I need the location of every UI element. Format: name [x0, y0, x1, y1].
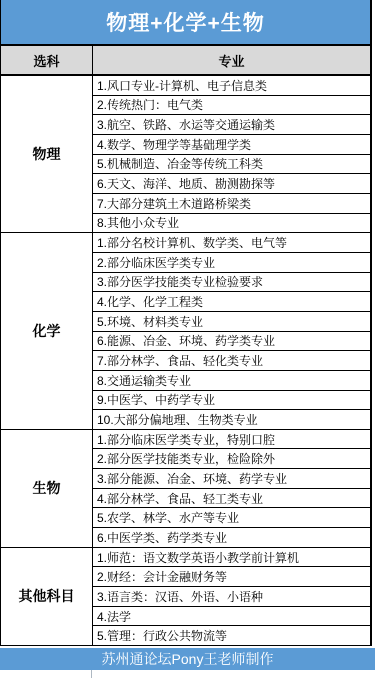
major-row: 4.化学、化学工程类 — [93, 292, 370, 312]
major-row: 8.交通运输类专业 — [93, 371, 370, 391]
major-row: 8.其他小众专业 — [93, 214, 370, 233]
table-body: 物理1.风口专业-计算机、电子信息类2.传统热门：电气类3.航空、铁路、水运等交… — [1, 76, 370, 646]
majors-column: 1.部分名校计算机、数学类、电气等2.部分临床医学类专业3.部分医学技能类专业检… — [93, 233, 370, 429]
subject-section: 化学1.部分名校计算机、数学类、电气等2.部分临床医学类专业3.部分医学技能类专… — [1, 233, 370, 430]
majors-column: 1.风口专业-计算机、电子信息类2.传统热门：电气类3.航空、铁路、水运等交通运… — [93, 76, 370, 232]
column-header-row: 选科 专业 — [1, 46, 370, 76]
subject-major-table: 物理+化学+生物 选科 专业 物理1.风口专业-计算机、电子信息类2.传统热门：… — [0, 0, 372, 646]
major-row: 1.部分名校计算机、数学类、电气等 — [93, 233, 370, 253]
major-row: 10.大部分偏地理、生物类专业 — [93, 410, 370, 429]
column-header-major: 专业 — [93, 46, 370, 74]
major-row: 7.大部分建筑土木道路桥梁类 — [93, 194, 370, 214]
major-row: 7.部分林学、食品、轻化类专业 — [93, 351, 370, 371]
major-row: 3.部分能源、冶金、环境、药学专业 — [93, 469, 370, 489]
major-row: 2.财经：会计金融财务等 — [93, 567, 370, 587]
majors-column: 1.师范：语文数学英语小教学前计算机2.财经：会计金融财务等3.语言类：汉语、外… — [93, 548, 370, 645]
major-row: 2.部分临床医学类专业 — [93, 253, 370, 273]
subject-section: 其他科目1.师范：语文数学英语小教学前计算机2.财经：会计金融财务等3.语言类：… — [1, 548, 370, 646]
subject-cell: 物理 — [1, 76, 93, 232]
major-row: 9.中医学、中药学专业 — [93, 391, 370, 411]
subject-section: 物理1.风口专业-计算机、电子信息类2.传统热门：电气类3.航空、铁路、水运等交… — [1, 76, 370, 233]
major-row: 5.农学、林学、水产等专业 — [93, 508, 370, 528]
major-row: 3.航空、铁路、水运等交通运输类 — [93, 115, 370, 135]
column-header-subject: 选科 — [1, 46, 93, 74]
major-row: 1.风口专业-计算机、电子信息类 — [93, 76, 370, 96]
gridline-artifact — [91, 670, 92, 678]
major-row: 3.部分医学技能类专业检验要求 — [93, 273, 370, 293]
major-row: 6.中医学类、药学类专业 — [93, 528, 370, 547]
major-row: 3.语言类：汉语、外语、小语种 — [93, 587, 370, 607]
major-row: 1.部分临床医学类专业，特别口腔 — [93, 430, 370, 450]
major-row: 4.法学 — [93, 607, 370, 627]
credit-footer: 苏州通论坛Pony王老师制作 — [0, 648, 375, 670]
major-row: 1.师范：语文数学英语小教学前计算机 — [93, 548, 370, 568]
screenshot-page: 物理+化学+生物 选科 专业 物理1.风口专业-计算机、电子信息类2.传统热门：… — [0, 0, 375, 678]
table-title: 物理+化学+生物 — [1, 0, 370, 46]
subject-cell: 其他科目 — [1, 548, 93, 645]
major-row: 5.管理：行政公共物流等 — [93, 626, 370, 645]
subject-cell: 生物 — [1, 430, 93, 547]
subject-cell: 化学 — [1, 233, 93, 429]
major-row: 6.天文、海洋、地质、勘测勘探等 — [93, 174, 370, 194]
major-row: 4.数学、物理学等基础理学类 — [93, 135, 370, 155]
major-row: 6.能源、冶金、环境、药学类专业 — [93, 332, 370, 352]
major-row: 5.机械制造、冶金等传统工科类 — [93, 155, 370, 175]
major-row: 2.传统热门：电气类 — [93, 96, 370, 116]
major-row: 4.部分林学、食品、轻工类专业 — [93, 489, 370, 509]
major-row: 5.环境、材料类专业 — [93, 312, 370, 332]
major-row: 2.部分医学技能类专业，检险除外 — [93, 449, 370, 469]
subject-section: 生物1.部分临床医学类专业，特别口腔2.部分医学技能类专业，检险除外3.部分能源… — [1, 430, 370, 548]
majors-column: 1.部分临床医学类专业，特别口腔2.部分医学技能类专业，检险除外3.部分能源、冶… — [93, 430, 370, 547]
